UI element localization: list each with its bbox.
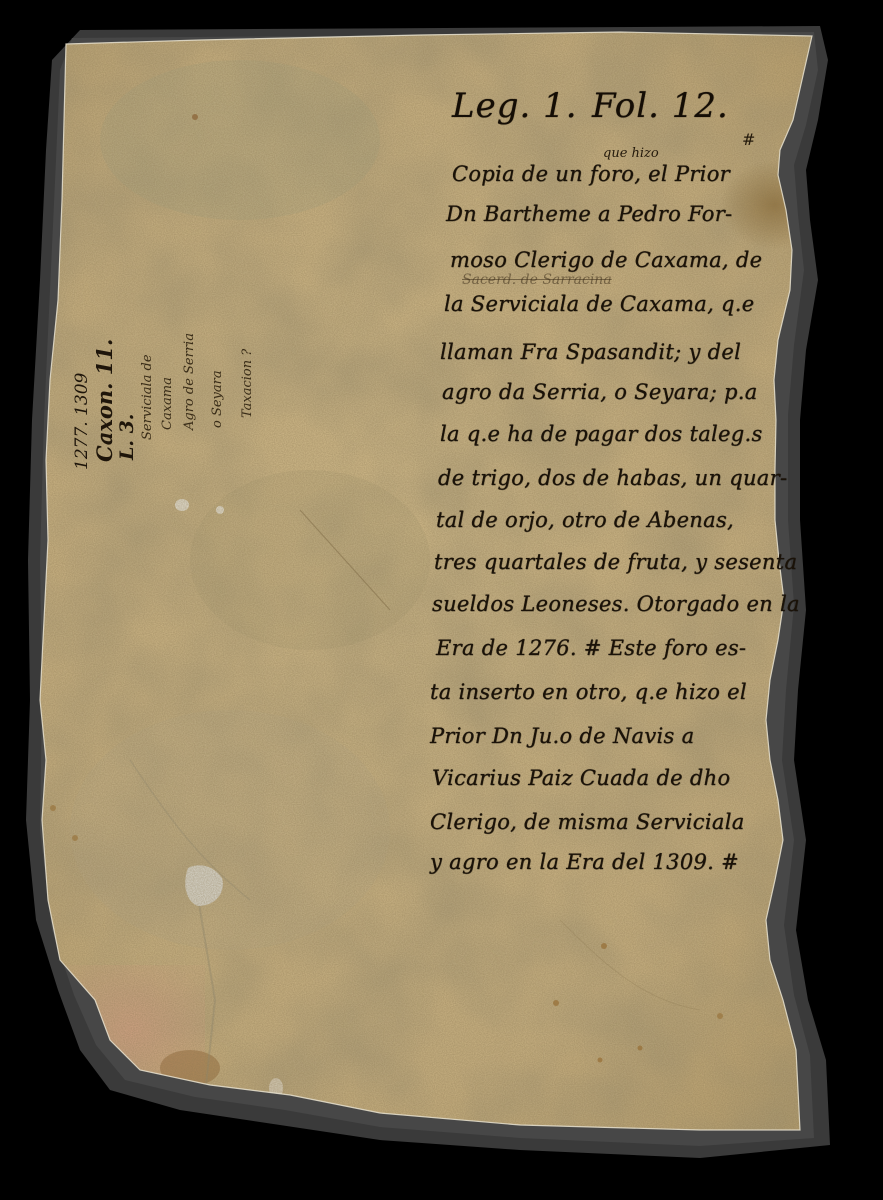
paper-fragment	[0, 0, 883, 1200]
manuscript-scan: Leg. 1. Fol. 12. # que hizo Sacerd. de S…	[0, 0, 883, 1200]
